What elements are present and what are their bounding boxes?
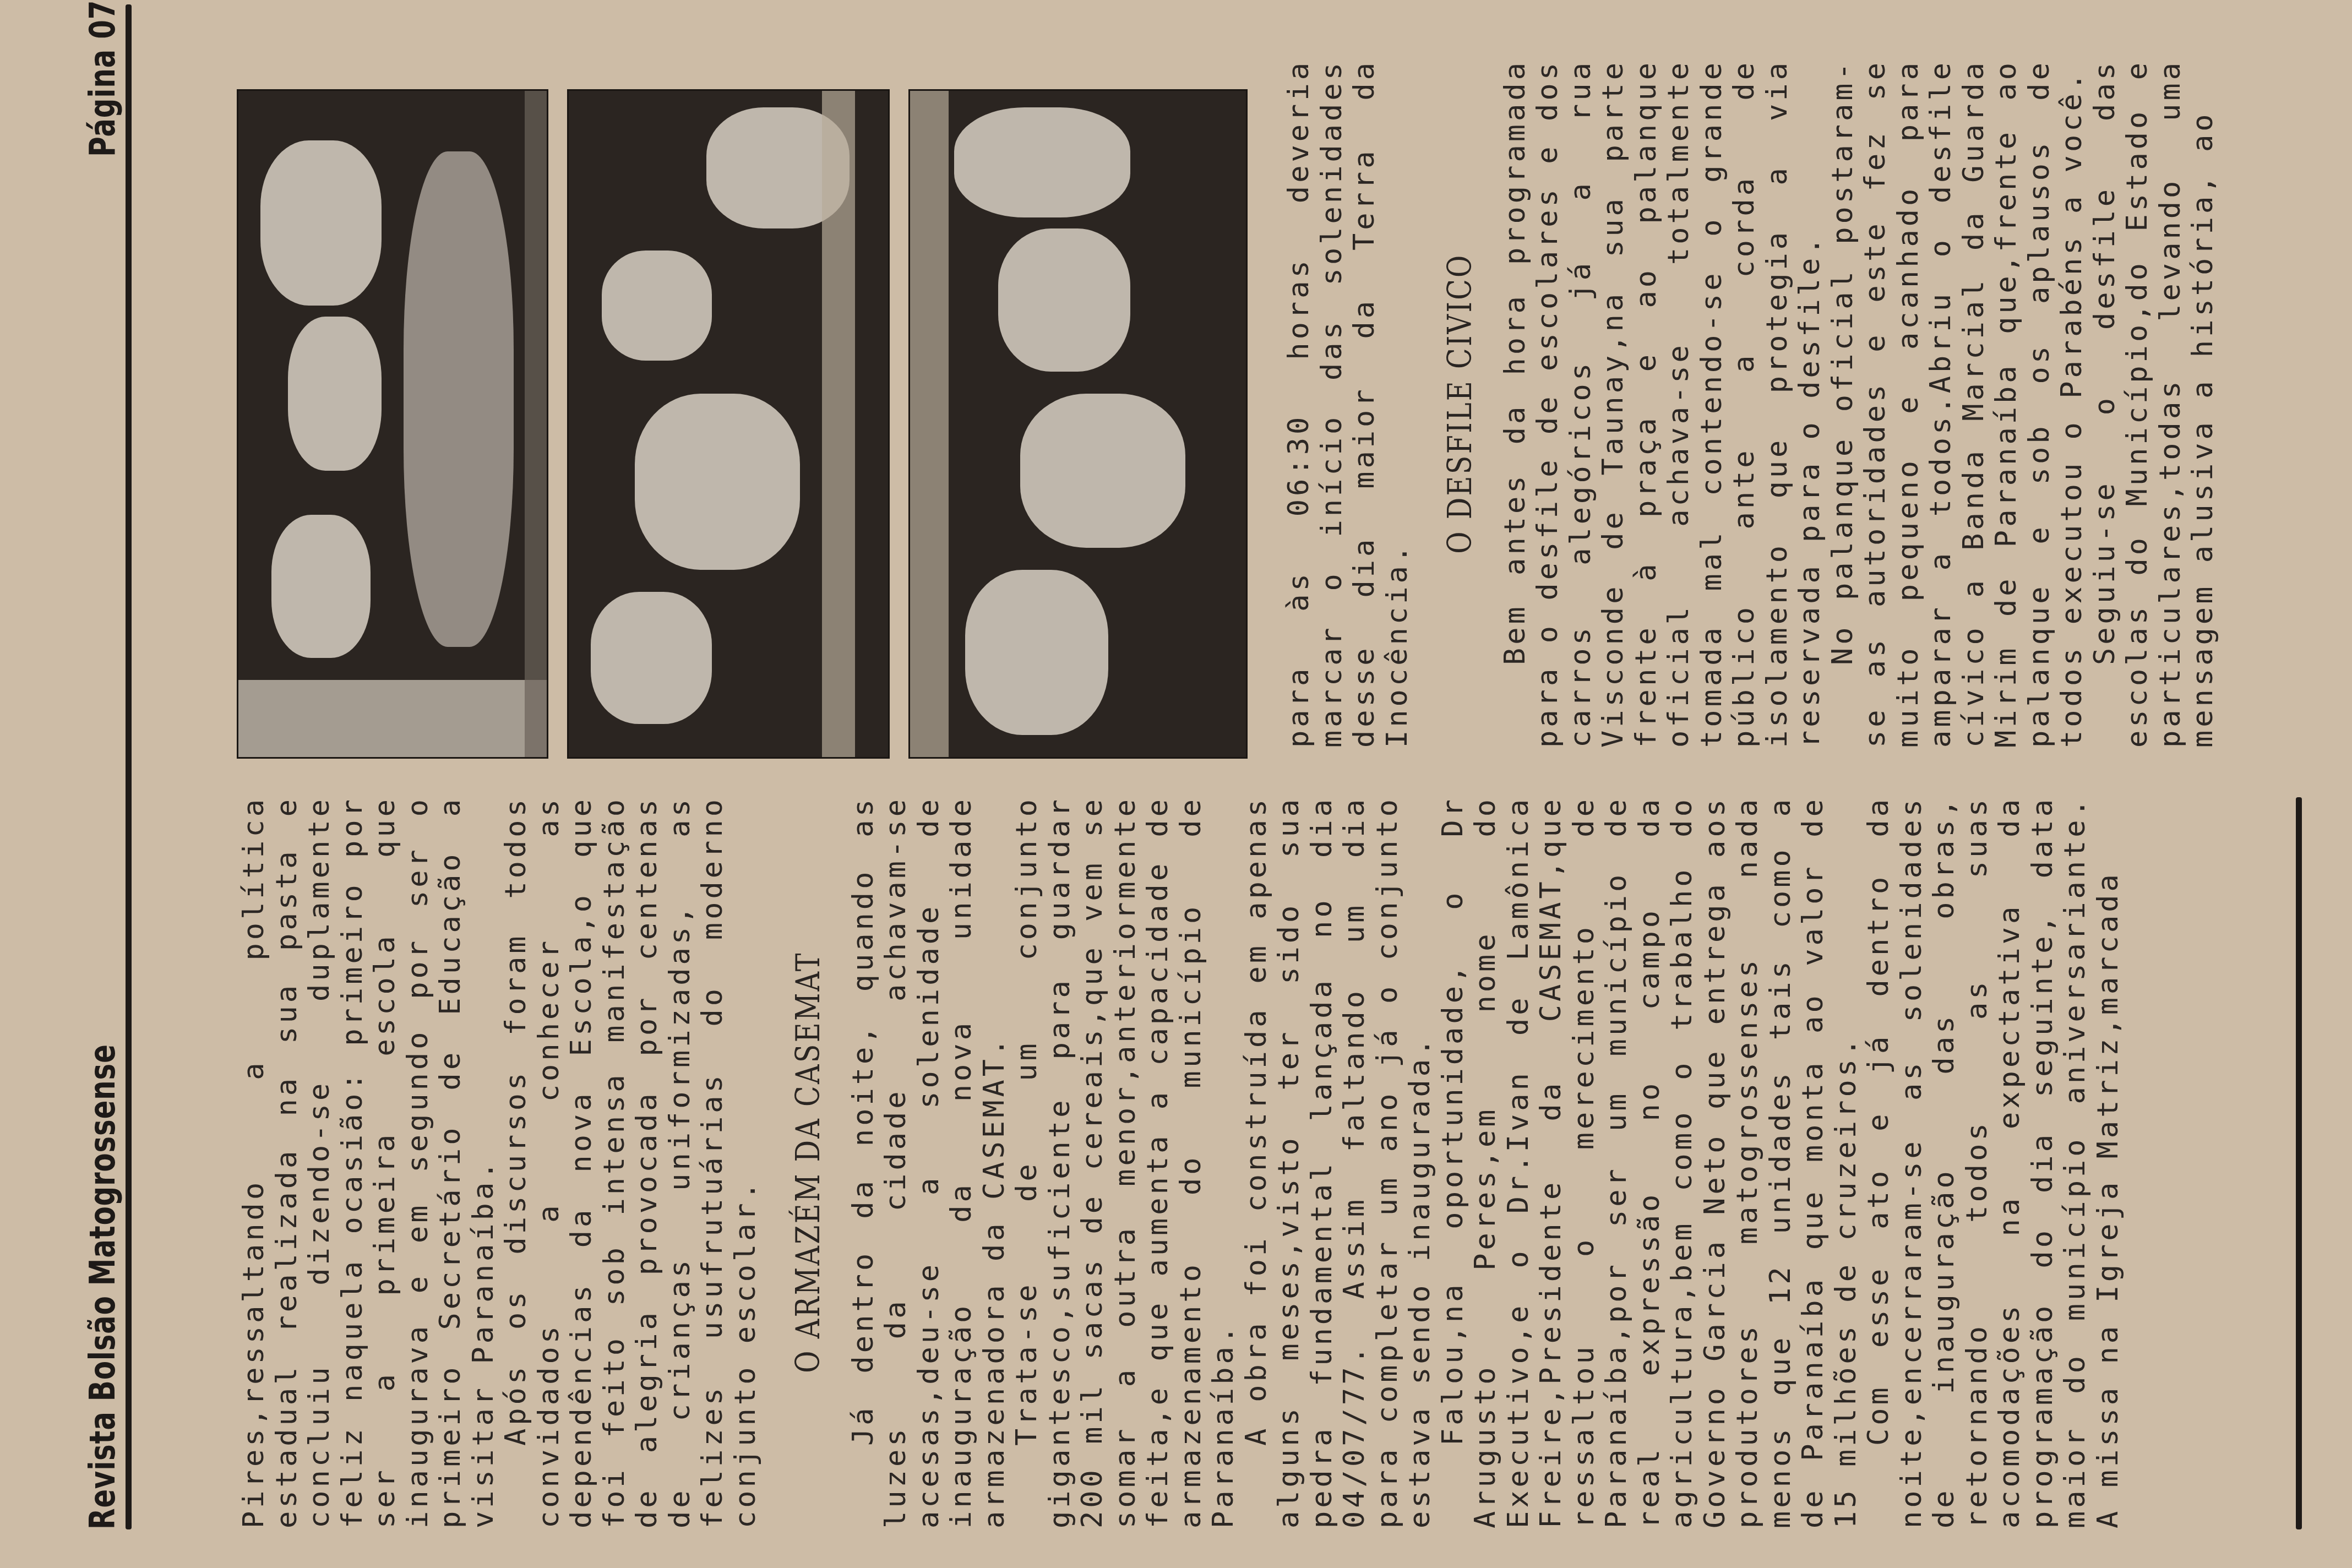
paragraph: Pires,ressaltando a política estadual re… (238, 796, 500, 1528)
section-heading-desfile: O DESFILE CIVICO (1444, 122, 1477, 686)
paragraph: Seguiu-se o desfile das escolas do Munic… (2089, 59, 2220, 748)
photo-ribbon-cutting (237, 89, 548, 759)
header-rule (126, 4, 132, 1529)
paragraph: Trata-se de um conjunto gigantesco,sufic… (1011, 796, 1240, 1528)
magazine-page: Revista Bolsão Matogrossense Página 07 P… (0, 0, 2352, 1568)
paragraph: Após os discursos foram todos convidados… (500, 796, 762, 1528)
right-text-column: para às 06:30 horas deveria marcar o iní… (1283, 59, 2220, 748)
paragraph: para às 06:30 horas deveria marcar o iní… (1283, 59, 1414, 748)
photo-crowd (908, 89, 1248, 759)
photo-stack (237, 92, 1244, 759)
footer-rule (2296, 797, 2302, 1529)
page-number: Página 07 (83, 0, 123, 157)
paragraph: Já dentro da noite, quando as luzes da c… (847, 796, 1011, 1528)
paragraph: Falou,na oportunidade, o Dr Arugusto Per… (1437, 796, 1863, 1528)
left-text-column: Pires,ressaltando a política estadual re… (238, 796, 2125, 1528)
photo-officials (567, 89, 890, 759)
section-heading-casemat: O ARMAZÉM DA CASEMAT (792, 862, 825, 1463)
paragraph: A obra foi construída em apenas alguns m… (1240, 796, 1437, 1528)
paragraph: Com esse ato e já dentro da noite,encerr… (1863, 796, 2125, 1528)
publication-title: Revista Bolsão Matogrossense (83, 1044, 123, 1529)
paragraph: Bem antes da hora programada para o desf… (1499, 59, 1827, 748)
paragraph: No palanque oficial postaram-se as autor… (1827, 59, 2089, 748)
